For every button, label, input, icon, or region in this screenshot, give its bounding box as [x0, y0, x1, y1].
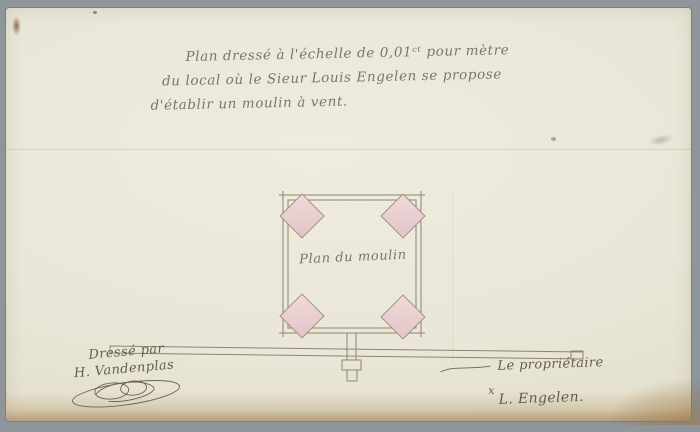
owner-mark: x — [488, 384, 495, 397]
owner-signature-block: Le propriétaire x L. Engelen. — [439, 355, 605, 410]
corner-pier-bottom-right — [381, 295, 425, 339]
mill-tail-stem — [342, 333, 361, 381]
corner-pier-top-left — [280, 194, 324, 238]
drafter-signature-block: Dressé par H. Vandenplas — [64, 340, 187, 415]
owner-label: Le propriétaire — [497, 355, 604, 374]
scan-background: Plan dressé à l'échelle de 0,01ᶜᵗ pour m… — [0, 0, 700, 432]
corner-pier-bottom-left — [280, 294, 324, 338]
signature-lead-stroke — [439, 361, 491, 375]
corner-pier-top-right — [381, 194, 425, 238]
